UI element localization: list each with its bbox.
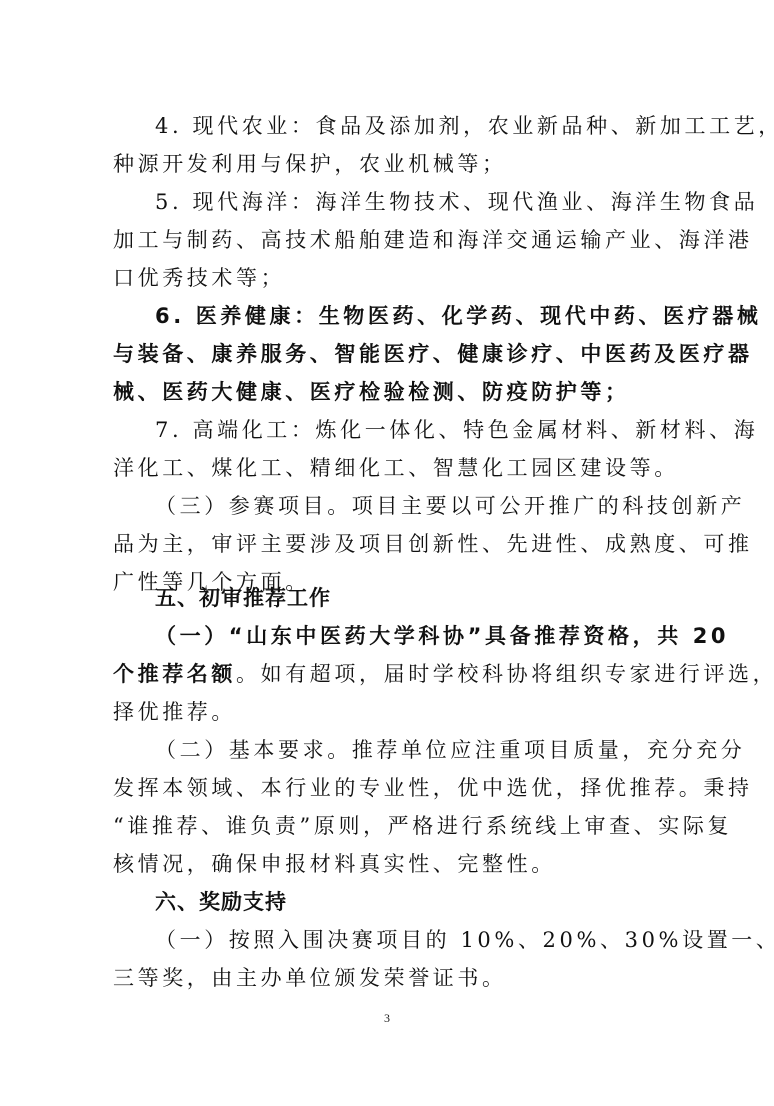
text-line-projects-1: （三）参赛项目。项目主要以可公开推广的科技创新产 [155,492,663,520]
text-line-quota-3: 择优推荐。 [113,698,663,726]
page-number: 3 [0,1011,774,1026]
quota-rest-text: 。如有超项，届时学校科协将组织专家进行评选， [236,662,774,686]
text-line-marine-2: 加工与制药、高技术船舶建造和海洋交通运输产业、海洋港 [113,226,663,254]
text-line-requirements-4: 核情况，确保申报材料真实性、完整性。 [113,850,663,878]
text-line-requirements-3: “谁推荐、谁负责”原则，严格进行系统线上审查、实际复 [113,812,663,840]
text-line-quota-1: （一）“山东中医药大学科协”具备推荐资格，共 20 [155,622,663,650]
text-line-requirements-1: （二）基本要求。推荐单位应注重项目质量，充分充分 [155,736,663,764]
text-line-health-1: 6. 医养健康：生物医药、化学药、现代中药、医疗器械 [155,302,663,330]
text-line-chemical-1: 7. 高端化工：炼化一体化、特色金属材料、新材料、海 [155,416,663,444]
text-line-chemical-2: 洋化工、煤化工、精细化工、智慧化工园区建设等。 [113,454,663,482]
text-line-agriculture-2: 种源开发利用与保护，农业机械等； [113,150,663,178]
text-line-marine-3: 口优秀技术等； [113,264,663,292]
quota-bold-text: 个推荐名额 [113,662,236,686]
text-line-health-2: 与装备、康养服务、智能医疗、健康诊疗、中医药及医疗器 [113,340,663,368]
text-line-marine-1: 5. 现代海洋：海洋生物技术、现代渔业、海洋生物食品 [155,188,663,216]
text-line-requirements-2: 发挥本领域、本行业的专业性，优中选优，择优推荐。秉持 [113,774,663,802]
text-line-health-3: 械、医药大健康、医疗检验检测、防疫防护等； [113,378,663,406]
text-line-quota-2: 个推荐名额。如有超项，届时学校科协将组织专家进行评选， [113,660,663,688]
section-heading-awards: 六、奖励支持 [155,888,663,916]
text-line-projects-2: 品为主，审评主要涉及项目创新性、先进性、成熟度、可推 [113,530,663,558]
text-line-awards-2: 三等奖，由主办单位颁发荣誉证书。 [113,964,663,992]
section-heading-review: 五、初审推荐工作 [155,584,663,612]
text-line-agriculture-1: 4. 现代农业：食品及添加剂，农业新品种、新加工工艺， [155,112,663,140]
document-page: 4. 现代农业：食品及添加剂，农业新品种、新加工工艺， 种源开发利用与保护，农业… [0,0,774,1106]
text-line-awards-1: （一）按照入围决赛项目的 10%、20%、30%设置一、二、 [155,926,663,954]
